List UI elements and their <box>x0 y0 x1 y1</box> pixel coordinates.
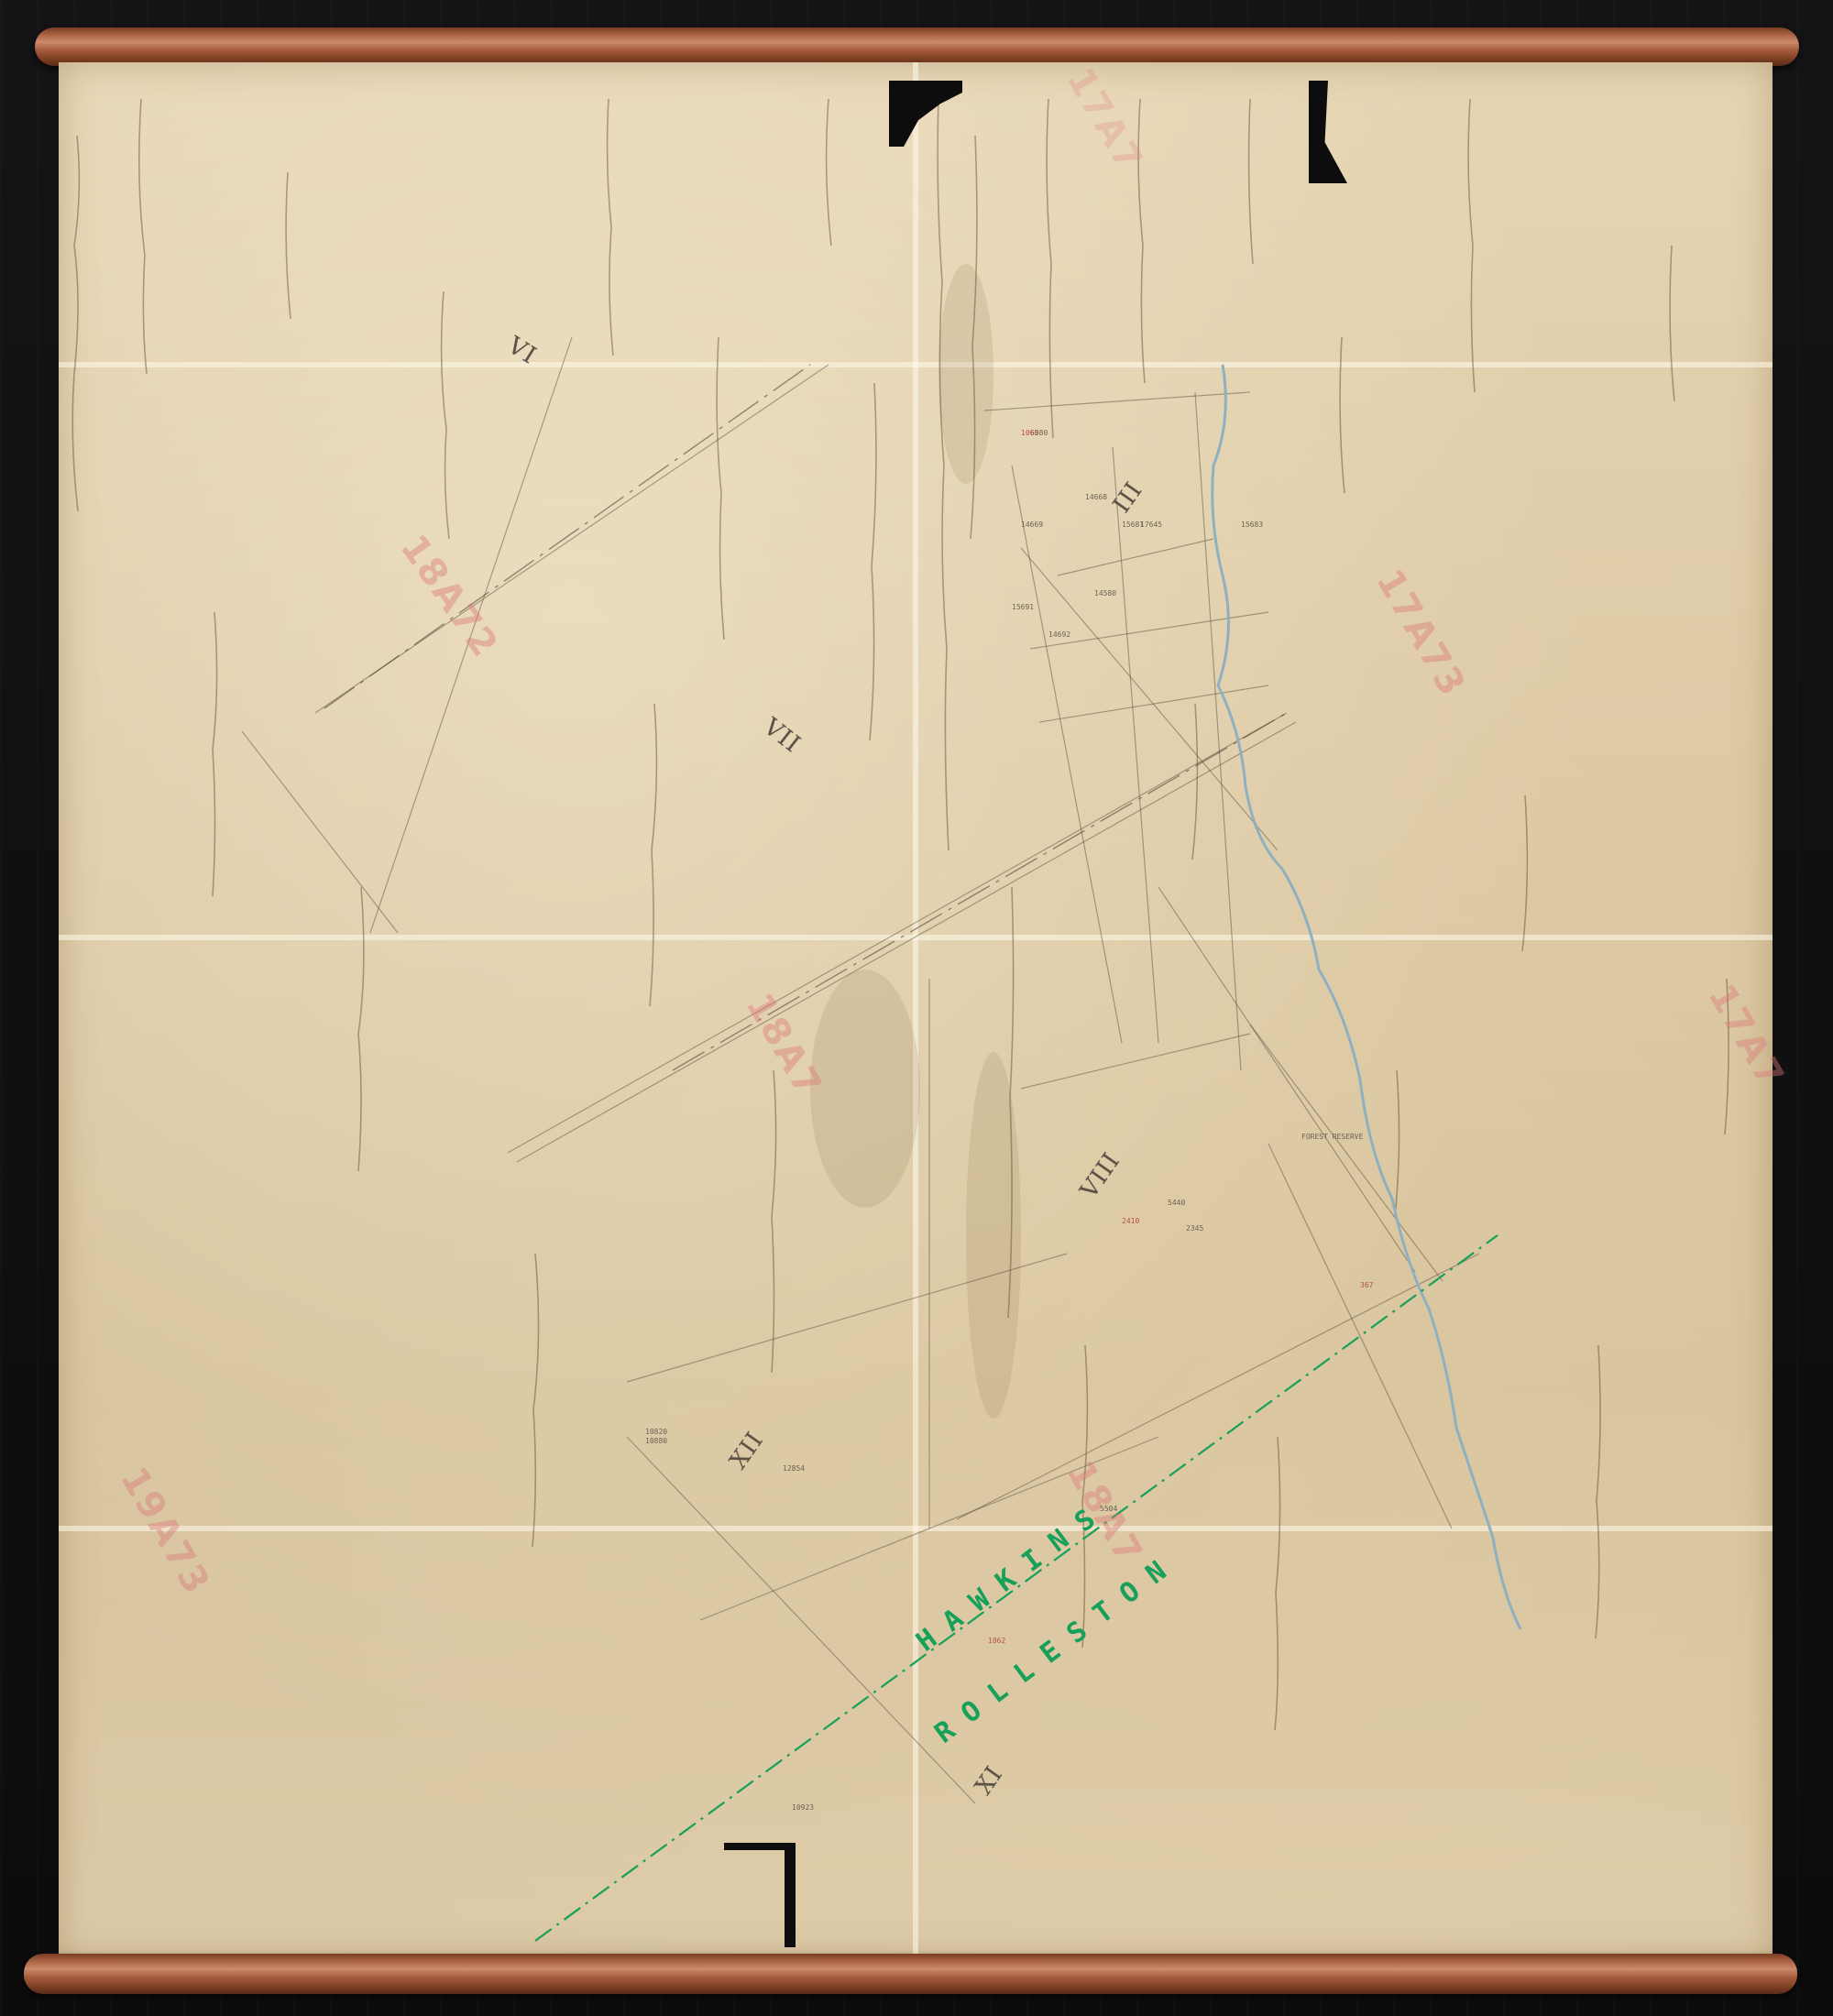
height-label: 1062 <box>988 1637 1005 1645</box>
lot-label: 2410 <box>1122 1217 1139 1225</box>
map-linework <box>59 62 1773 1959</box>
torn-hole-bottom-left-bar <box>724 1843 796 1850</box>
lot-label: 17645 <box>1140 520 1162 529</box>
bottom-roller-rod <box>24 1954 1797 1994</box>
top-roller-rod <box>35 27 1799 66</box>
torn-hole-bottom-left <box>785 1843 796 1947</box>
forest-reserve-label: FOREST RESERVE <box>1301 1133 1363 1141</box>
lot-label: 14692 <box>1048 630 1070 639</box>
fold-lines <box>59 62 1773 1959</box>
map-sheet: VI VII III VIII XII XI 18A72 17A73 18A7 … <box>59 62 1773 1959</box>
lot-label: 10923 <box>792 1803 814 1812</box>
lot-label: 367 <box>1360 1281 1373 1289</box>
block-boundaries <box>324 365 1287 1070</box>
paper-cracks <box>72 99 1729 1730</box>
lot-label: 14580 <box>1094 589 1116 597</box>
lot-label: 14669 <box>1021 520 1043 529</box>
height-label: 1065 <box>1021 429 1038 437</box>
lot-label: 12854 <box>783 1464 805 1473</box>
lot-label: 2345 <box>1186 1224 1203 1233</box>
lot-label: 14668 <box>1085 493 1107 501</box>
lot-label: 15683 <box>1241 520 1263 529</box>
lot-label: 15691 <box>1012 603 1034 611</box>
river-line <box>1213 365 1520 1629</box>
lot-label: 5440 <box>1168 1199 1185 1207</box>
lot-label: 5504 <box>1100 1505 1117 1513</box>
lot-label: 10820 <box>645 1428 667 1436</box>
lot-label: 10880 <box>645 1437 667 1445</box>
